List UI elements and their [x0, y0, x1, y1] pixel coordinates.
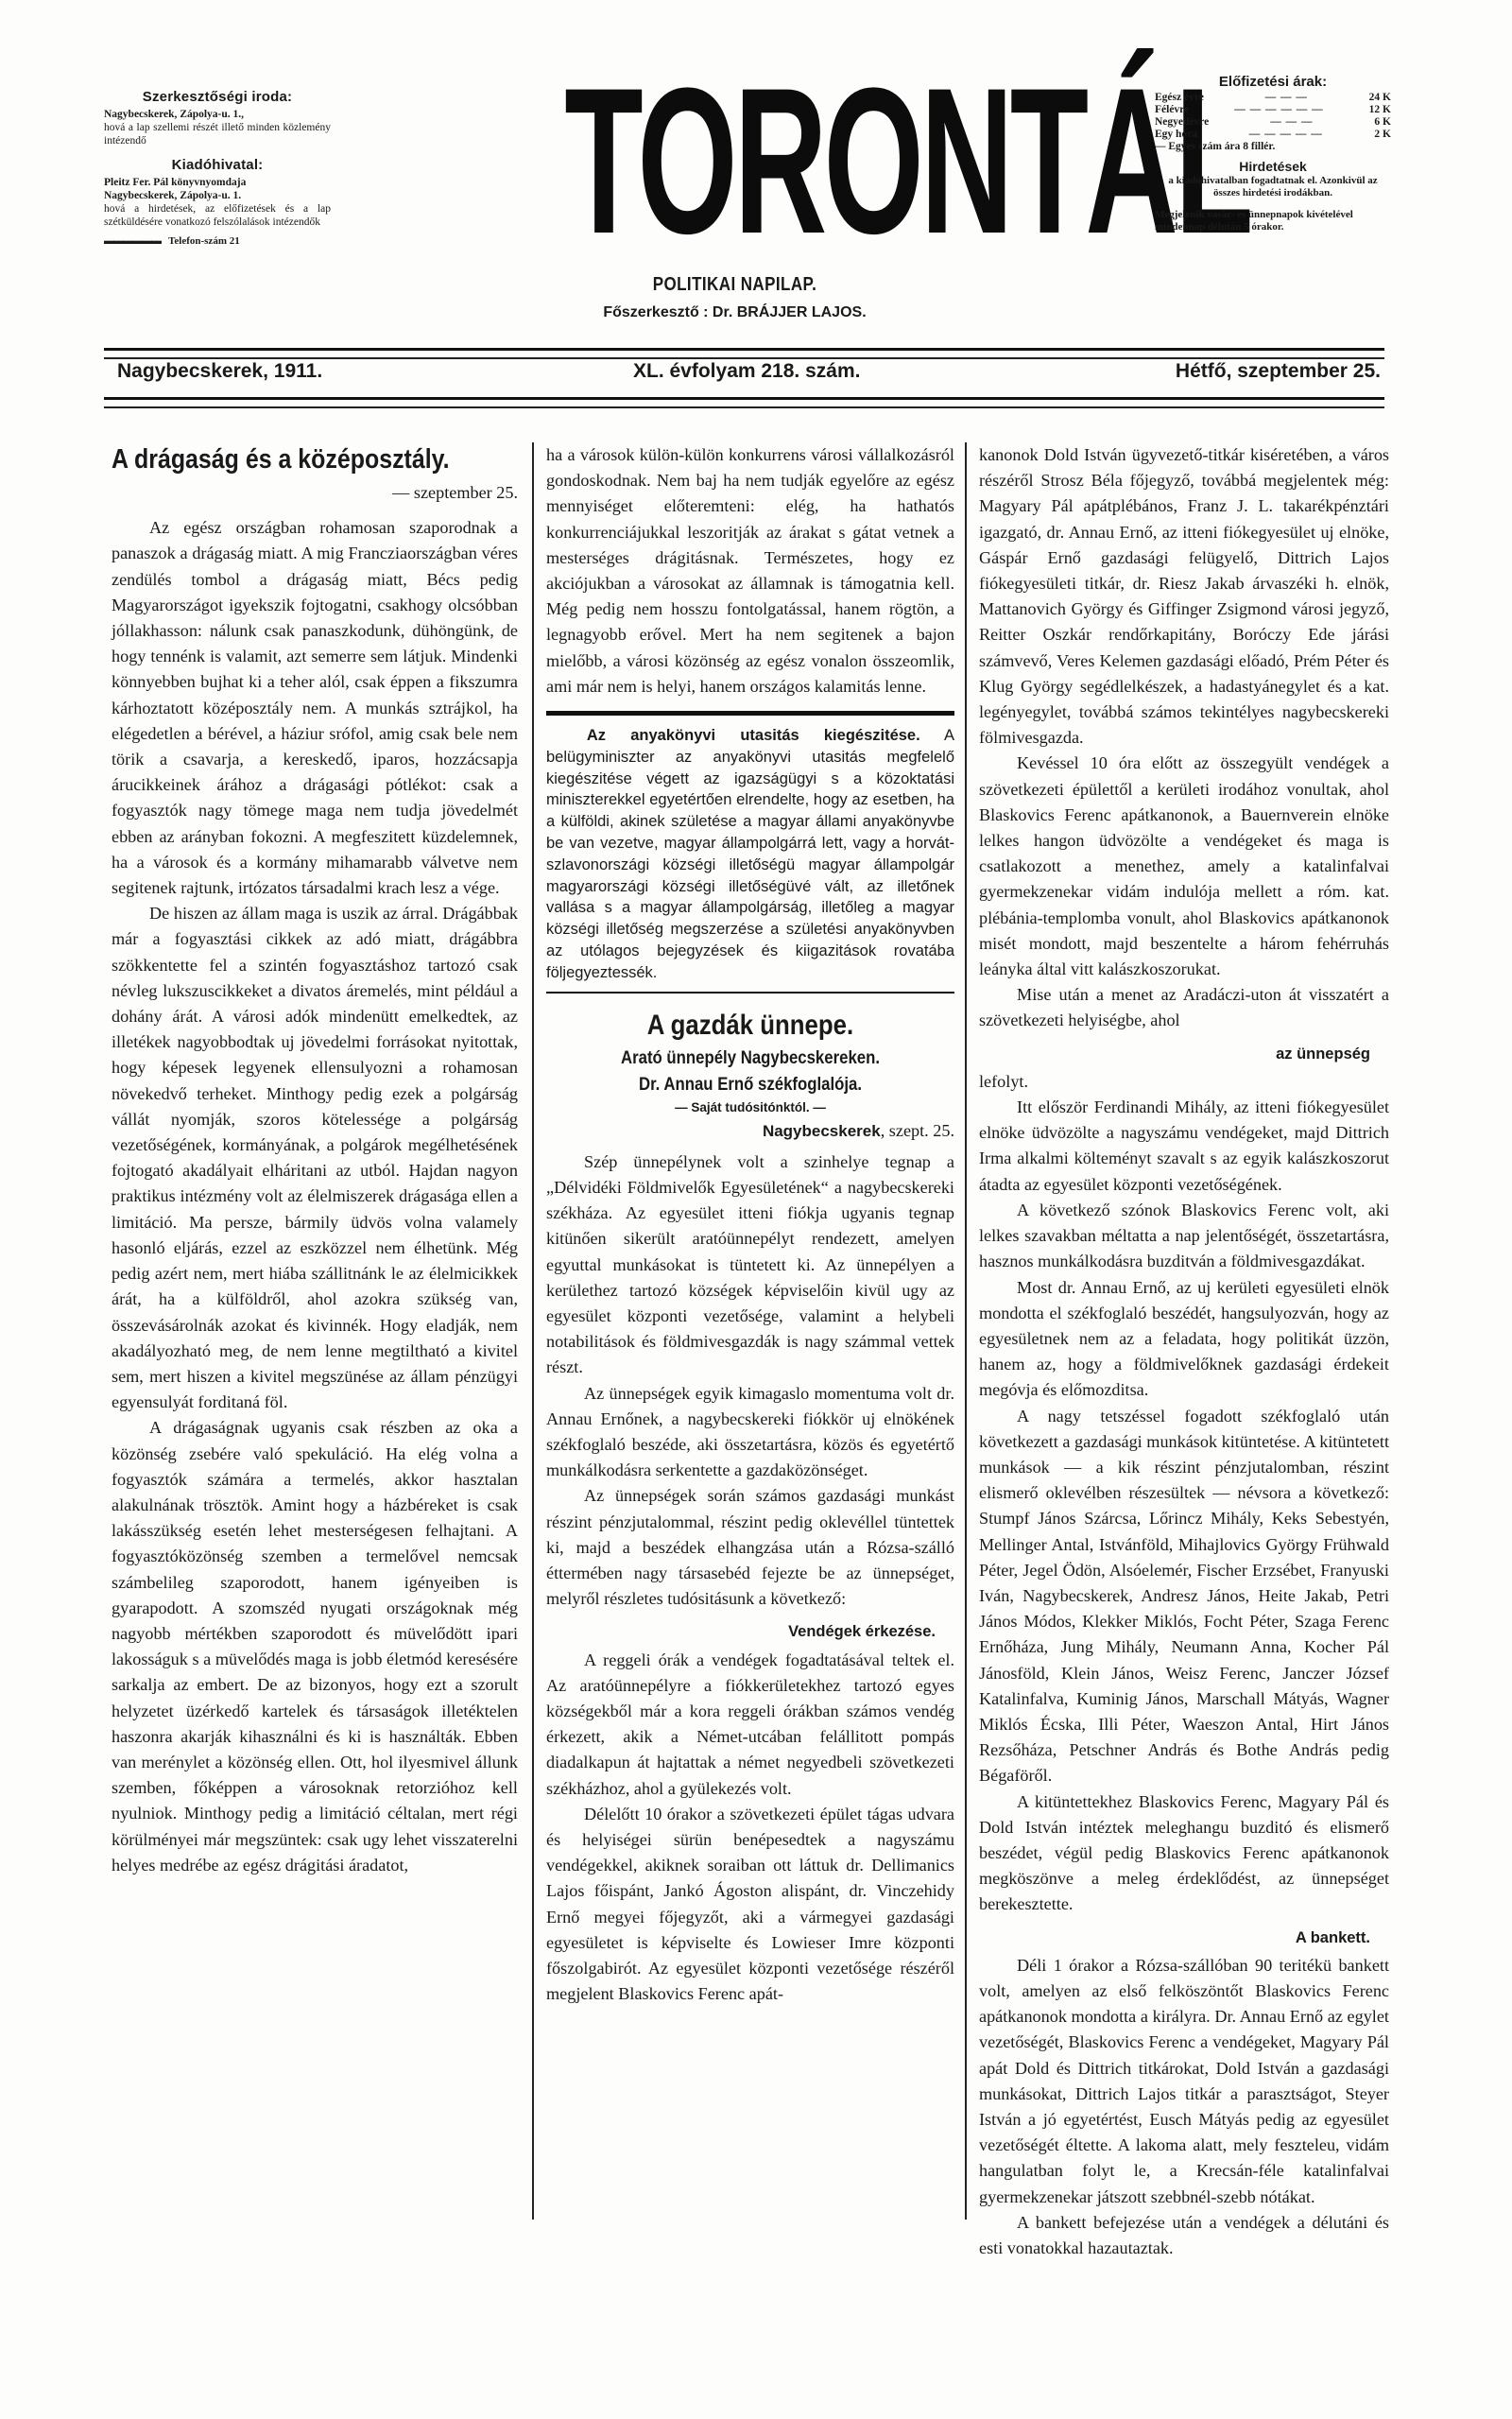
double-rule-divider — [104, 397, 1384, 408]
editor-in-chief: Főszerkesztő : Dr. BRÁJJER LAJOS. — [354, 304, 1115, 321]
article-paragraph: A drágaságnak ugyanis csak részben az ok… — [112, 1415, 518, 1878]
price-dashes: — — — — [1209, 116, 1374, 129]
article-paragraph: Mise után a menet az Aradáczi-uton át vi… — [979, 982, 1389, 1033]
issue-volume-number: XL. évfolyam 218. szám. — [633, 360, 860, 383]
price-label: Egy hóra — [1155, 129, 1197, 141]
publisher-address: Nagybecskerek, Zápolya-u. 1. — [104, 189, 331, 202]
article-subheadline: Dr. Annau Ernő székfoglalója. — [575, 1071, 926, 1097]
newspaper-title: TORONTÁL — [564, 66, 1249, 255]
article-paragraph: Kevéssel 10 óra előtt az összegyült vend… — [979, 751, 1389, 982]
phone-line: ▬▬▬▬▬▬ Telefon-szám 21 — [104, 234, 331, 248]
price-row: Egész évre — — — 24 K — [1155, 92, 1391, 104]
price-label: Félévre — [1155, 104, 1189, 116]
publication-schedule: Megjelenik vasár- és ünnepnapok kivételé… — [1155, 209, 1391, 233]
issue-line: Nagybecskerek, 1911. XL. évfolyam 218. s… — [104, 360, 1384, 389]
price-value: 24 K — [1369, 92, 1391, 104]
article-date: , szept. 25. — [881, 1121, 954, 1140]
section-subhead: Vendégek érkezése. — [546, 1619, 936, 1645]
article-paragraph: A nagy tetszéssel fogadott székfoglaló u… — [979, 1404, 1389, 1789]
price-label: Egész évre — [1155, 92, 1204, 104]
issue-place-year: Nagybecskerek, 1911. — [117, 360, 322, 383]
article-paragraph: De hiszen az állam maga is uszik az árra… — [112, 901, 518, 1415]
article-paragraph: Szép ünnepélynek volt a szinhelye tegnap… — [546, 1149, 954, 1381]
column-3: kanonok Dold István ügyvezető-titkár kis… — [979, 442, 1389, 2261]
article-paragraph: ha a városok külön-külön konkurrens váro… — [546, 442, 954, 700]
article-paragraph: Az ünnepségek során számos gazdasági mun… — [546, 1483, 954, 1612]
masthead-left-ear: Szerkesztőségi iroda: Nagybecskerek, Záp… — [104, 91, 331, 248]
newspaper-subtitle: POLITIKAI NAPILAP. — [411, 274, 1057, 296]
publisher-name: Pleitz Fer. Pál könyvnyomdaja — [104, 176, 331, 189]
article-paragraph: A következő szónok Blaskovics Ferenc vol… — [979, 1198, 1389, 1275]
publisher-text: hová a hirdetések, az előfizetések és a … — [104, 202, 331, 229]
article-paragraph: A reggeli órák a vendégek fogadtatásával… — [546, 1648, 954, 1802]
editorial-office-address: Nagybecskerek, Zápolya-u. 1., — [104, 108, 331, 121]
notice-lead: Az anyakönyvi utasitás kiegészitése. — [587, 727, 920, 744]
column-rule — [532, 442, 534, 2220]
ads-text: a kiadóhivatalban fogadtatnak el. Azonki… — [1155, 175, 1391, 199]
article-location-date: Nagybecskerek, szept. 25. — [546, 1118, 954, 1144]
article-location: Nagybecskerek — [763, 1122, 881, 1140]
article-paragraph: Délelőtt 10 órakor a szövetkezeti épület… — [546, 1802, 954, 2008]
section-subhead: az ünnepség — [979, 1042, 1370, 1067]
article-paragraph: A bankett befejezése után a vendégek a d… — [979, 2210, 1389, 2261]
column-2: ha a városok külön-külön konkurrens váro… — [546, 442, 954, 2008]
article-byline: — Saját tudósitónktól. — — [546, 1097, 954, 1118]
price-value: 2 K — [1374, 129, 1391, 141]
article-subheadline: Arató ünnepély Nagybecskereken. — [575, 1045, 926, 1071]
price-label: Negyedévre — [1155, 116, 1209, 129]
news-notice: Az anyakönyvi utasitás kiegészitése. A b… — [546, 711, 954, 994]
article-headline: A gazdák ünnepe. — [575, 1007, 926, 1045]
price-row: Félévre — — — — — — 12 K — [1155, 104, 1391, 116]
notice-text: A belügyminiszter az anyakönyvi utasitás… — [546, 727, 954, 981]
issue-weekday-date: Hétfő, szeptember 25. — [1176, 360, 1381, 383]
article-paragraph: A kitüntettekhez Blaskovics Ferenc, Magy… — [979, 1789, 1389, 1918]
phone-number: Telefon-szám 21 — [168, 235, 240, 247]
article-paragraph: Itt először Ferdinandi Mihály, az itteni… — [979, 1095, 1389, 1198]
article-paragraph: Az ünnepségek egyik kimagaslo momentuma … — [546, 1381, 954, 1484]
section-subhead: A bankett. — [979, 1926, 1370, 1951]
decorative-bar-icon: ▬▬▬▬▬▬ — [104, 235, 161, 247]
article-header: A gazdák ünnepe. Arató ünnepély Nagybecs… — [546, 1007, 954, 1118]
price-value: 6 K — [1374, 116, 1391, 129]
editorial-office-text: hová a lap szellemi részét illető minden… — [104, 121, 331, 147]
editorial-office-title: Szerkesztőségi iroda: — [104, 91, 331, 104]
newspaper-page: Szerkesztőségi iroda: Nagybecskerek, Záp… — [0, 0, 1512, 2419]
publisher-office-title: Kiadóhivatal: — [104, 159, 331, 172]
price-dashes: — — — — — — [1197, 129, 1374, 141]
article-paragraph: Déli 1 órakor a Rózsa-szállóban 90 terit… — [979, 1953, 1389, 2210]
price-row: Egy hóra — — — — — 2 K — [1155, 129, 1391, 141]
price-dashes: — — — — — — — [1189, 104, 1368, 116]
single-copy-price: — Egyes szám ára 8 fillér. — [1155, 141, 1391, 153]
masthead-right-ear: Előfizetési árak: Egész évre — — — 24 K … — [1155, 76, 1391, 233]
article-paragraph: Most dr. Annau Ernő, az uj kerületi egye… — [979, 1275, 1389, 1404]
article-paragraph: kanonok Dold István ügyvezető-titkár kis… — [979, 442, 1389, 751]
price-row: Negyedévre — — — 6 K — [1155, 116, 1391, 129]
article-dateline: — szeptember 25. — [112, 480, 518, 506]
article-paragraph: Az egész országban rohamosan szaporodnak… — [112, 515, 518, 901]
article-paragraph: lefolyt. — [979, 1069, 1389, 1095]
price-value: 12 K — [1369, 104, 1391, 116]
subscription-prices-title: Előfizetési árak: — [1155, 76, 1391, 88]
price-dashes: — — — — [1204, 92, 1369, 104]
column-rule — [965, 442, 967, 2220]
double-rule-divider — [104, 348, 1384, 359]
column-1: A drágaság és a középosztály. — szeptemb… — [112, 442, 518, 1878]
ads-title: Hirdetések — [1155, 161, 1391, 173]
article-headline: A drágaság és a középosztály. — [112, 442, 461, 476]
nameplate: TORONTÁL — [354, 66, 1115, 255]
